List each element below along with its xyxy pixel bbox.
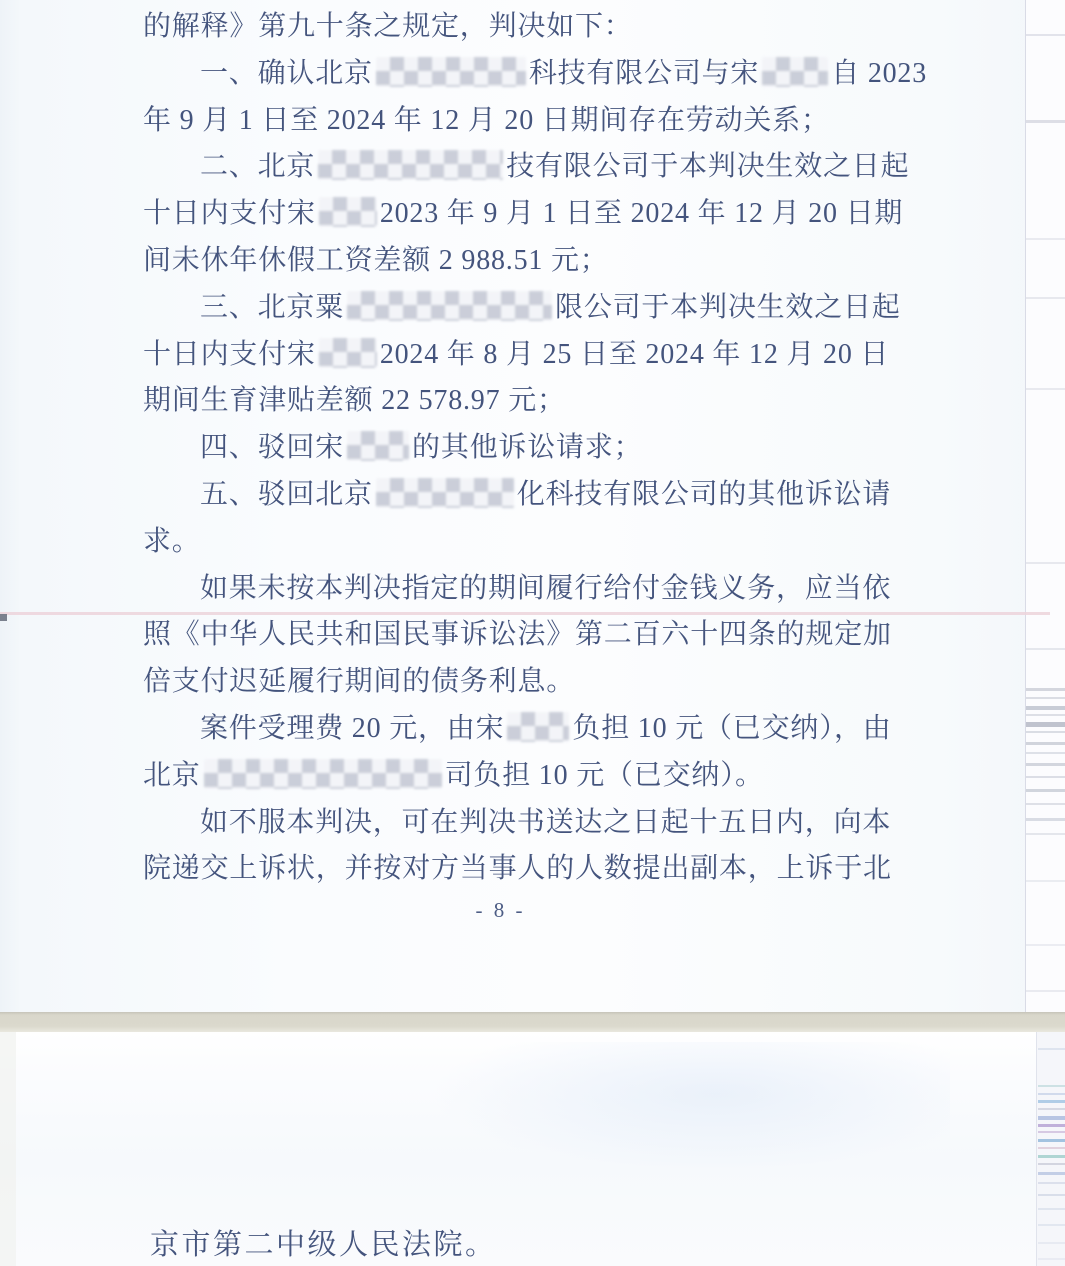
judgment-text-line: 倍支付迟延履行期间的债务利息。 xyxy=(143,659,891,706)
text-segment: 三、北京粟 xyxy=(200,292,344,323)
scan-streak xyxy=(1026,697,1065,699)
judgment-text-line: 求。 xyxy=(143,519,891,566)
judgment-text-block: 的解释》第九十条之规定，判决如下：一、确认北京科技有限公司与宋自 2023年 9… xyxy=(143,4,891,893)
text-segment: 如不服本判决，可在判决书送达之日起十五日内，向本 xyxy=(200,807,891,838)
scan-streak xyxy=(1026,388,1065,390)
page-gap-band xyxy=(0,1012,1065,1032)
scan-streak xyxy=(1026,880,1065,882)
scan-streak xyxy=(1038,1100,1065,1103)
next-page-first-line: 京市第二中级人民法院。 xyxy=(150,1222,497,1263)
scan-streak xyxy=(1038,1182,1065,1184)
text-segment: 十日内支付宋 xyxy=(143,339,316,370)
scan-streak xyxy=(1026,789,1065,792)
scan-streak xyxy=(1026,688,1065,691)
text-segment: 一、确认北京 xyxy=(200,58,373,89)
scan-streak xyxy=(1026,562,1065,564)
scan-streak xyxy=(1038,1194,1065,1196)
scan-streak xyxy=(1038,1172,1065,1175)
scan-right-margin-strip xyxy=(1025,0,1065,1012)
text-segment: 北京 xyxy=(143,760,201,791)
scan-streak xyxy=(1038,1048,1065,1050)
scan-streak xyxy=(1038,1155,1065,1158)
text-segment: 的其他诉讼请求； xyxy=(412,432,642,463)
redaction-mosaic xyxy=(507,712,569,742)
redaction-mosaic xyxy=(319,338,377,368)
judgment-text-line: 三、北京粟限公司于本判决生效之日起 xyxy=(143,285,891,332)
judgment-text-line: 十日内支付宋2023 年 9 月 1 日至 2024 年 12 月 20 日期 xyxy=(143,191,891,238)
judgment-text-line: 期间生育津贴差额 22 578.97 元； xyxy=(143,378,891,425)
text-segment: 二、北京 xyxy=(200,151,315,182)
text-segment: 求。 xyxy=(143,526,201,557)
redaction-mosaic xyxy=(376,57,526,87)
scan-streak xyxy=(1038,1124,1065,1127)
scan-streak xyxy=(1026,648,1065,650)
scan-line-artifact xyxy=(0,612,1050,615)
text-segment: 司负担 10 元（已交纳）。 xyxy=(445,760,764,791)
judgment-text-line: 如果未按本判决指定的期间履行给付金钱义务，应当依 xyxy=(143,566,891,613)
text-segment: 期间生育津贴差额 22 578.97 元； xyxy=(143,385,566,416)
scan-streak xyxy=(1026,714,1065,716)
judgment-text-line: 间未休年休假工资差额 2 988.51 元； xyxy=(143,238,891,285)
scan-streak xyxy=(1038,1208,1065,1210)
text-segment: 案件受理费 20 元，由宋 xyxy=(200,713,504,744)
text-segment: 院递交上诉状，并按对方当事人的人数提出副本，上诉于北 xyxy=(143,853,892,884)
scan-edge-mark xyxy=(0,614,7,621)
text-segment: 化科技有限公司的其他诉讼请 xyxy=(517,479,891,510)
scan-streak xyxy=(1026,833,1065,835)
scan-streak xyxy=(1026,120,1065,123)
judgment-text-line: 四、驳回宋的其他诉讼请求； xyxy=(143,425,891,472)
text-segment: 年 9 月 1 日至 2024 年 12 月 20 日期间存在劳动关系； xyxy=(143,105,830,136)
scan-streak xyxy=(1026,944,1065,946)
scan-streak xyxy=(1038,1085,1065,1087)
text-segment: 负担 10 元（已交纳），由 xyxy=(572,713,891,744)
scanned-page-8: 的解释》第九十条之规定，判决如下：一、确认北京科技有限公司与宋自 2023年 9… xyxy=(0,0,1065,1012)
scan-streak xyxy=(1026,763,1065,766)
scan-streak xyxy=(1038,1242,1065,1244)
judgment-text-line: 一、确认北京科技有限公司与宋自 2023 xyxy=(143,51,891,98)
text-segment: 间未休年休假工资差额 2 988.51 元； xyxy=(143,245,609,276)
redaction-mosaic xyxy=(347,431,409,461)
scan-streak xyxy=(1026,752,1065,754)
text-segment: 自 2023 xyxy=(831,58,927,89)
text-segment: 技有限公司于本判决生效之日起 xyxy=(506,151,909,182)
redaction-mosaic xyxy=(376,478,514,508)
text-segment: 倍支付迟延履行期间的债务利息。 xyxy=(143,666,575,697)
judgment-text-line: 案件受理费 20 元，由宋负担 10 元（已交纳），由 xyxy=(143,706,891,753)
judgment-text-line: 年 9 月 1 日至 2024 年 12 月 20 日期间存在劳动关系； xyxy=(143,98,891,145)
text-segment: 五、驳回北京 xyxy=(200,479,373,510)
judgment-text-line: 如不服本判决，可在判决书送达之日起十五日内，向本 xyxy=(143,800,891,847)
text-segment: 照《中华人民共和国民事诉讼法》第二百六十四条的规定加 xyxy=(143,619,892,650)
page-number: - 8 - xyxy=(143,898,858,923)
scan-light-wash xyxy=(430,1042,950,1172)
scan-streak xyxy=(1026,34,1065,36)
scan-streak xyxy=(1026,238,1065,240)
text-segment: 如果未按本判决指定的期间履行给付金钱义务，应当依 xyxy=(200,573,891,604)
scan-streak xyxy=(1038,1224,1065,1226)
judgment-text-line: 十日内支付宋2024 年 8 月 25 日至 2024 年 12 月 20 日 xyxy=(143,332,891,379)
scan-streak xyxy=(1026,803,1065,805)
redaction-mosaic xyxy=(319,197,377,227)
scanned-document-view: 的解释》第九十条之规定，判决如下：一、确认北京科技有限公司与宋自 2023年 9… xyxy=(0,0,1065,1266)
judgment-text-line: 照《中华人民共和国民事诉讼法》第二百六十四条的规定加 xyxy=(143,612,891,659)
scan-streak xyxy=(1038,1131,1065,1133)
redaction-mosaic xyxy=(347,291,552,321)
scan-streak xyxy=(1038,1108,1065,1110)
text-segment: 2024 年 8 月 25 日至 2024 年 12 月 20 日 xyxy=(380,339,889,370)
scan-streak xyxy=(1038,1147,1065,1149)
scan-streak xyxy=(1026,722,1065,727)
judgment-text-line: 北京司负担 10 元（已交纳）。 xyxy=(143,753,891,800)
text-segment: 限公司于本判决生效之日起 xyxy=(555,292,901,323)
judgment-text-line: 院递交上诉状，并按对方当事人的人数提出副本，上诉于北 xyxy=(143,846,891,893)
scan-streak xyxy=(1038,1093,1065,1095)
judgment-text-line: 二、北京技有限公司于本判决生效之日起 xyxy=(143,144,891,191)
scan-streak xyxy=(1026,297,1065,299)
scan-streak xyxy=(1026,990,1065,992)
scan-left-edge-shade xyxy=(0,1032,16,1266)
redaction-mosaic xyxy=(762,57,828,87)
scan-streak xyxy=(1026,706,1065,710)
scan-streak xyxy=(1026,818,1065,821)
redaction-mosaic xyxy=(318,150,503,180)
text-segment: 的解释》第九十条之规定，判决如下： xyxy=(143,11,633,42)
scan-streak xyxy=(1026,742,1065,745)
redaction-mosaic xyxy=(204,759,442,789)
scan-streak xyxy=(1038,1139,1065,1142)
text-segment: 四、驳回宋 xyxy=(200,432,344,463)
text-segment: 十日内支付宋 xyxy=(143,198,316,229)
scan-streak xyxy=(1026,776,1065,778)
scan-streak xyxy=(1038,1163,1065,1165)
scan-streak xyxy=(1026,731,1065,733)
scan-streak xyxy=(1038,1258,1065,1260)
judgment-text-line: 的解释》第九十条之规定，判决如下： xyxy=(143,4,891,51)
scan-right-edge-strip xyxy=(1036,1032,1065,1266)
text-segment: 2023 年 9 月 1 日至 2024 年 12 月 20 日期 xyxy=(380,198,903,229)
text-segment: 科技有限公司与宋 xyxy=(529,58,759,89)
judgment-text-line: 五、驳回北京化科技有限公司的其他诉讼请 xyxy=(143,472,891,519)
scan-streak xyxy=(1038,1116,1065,1120)
